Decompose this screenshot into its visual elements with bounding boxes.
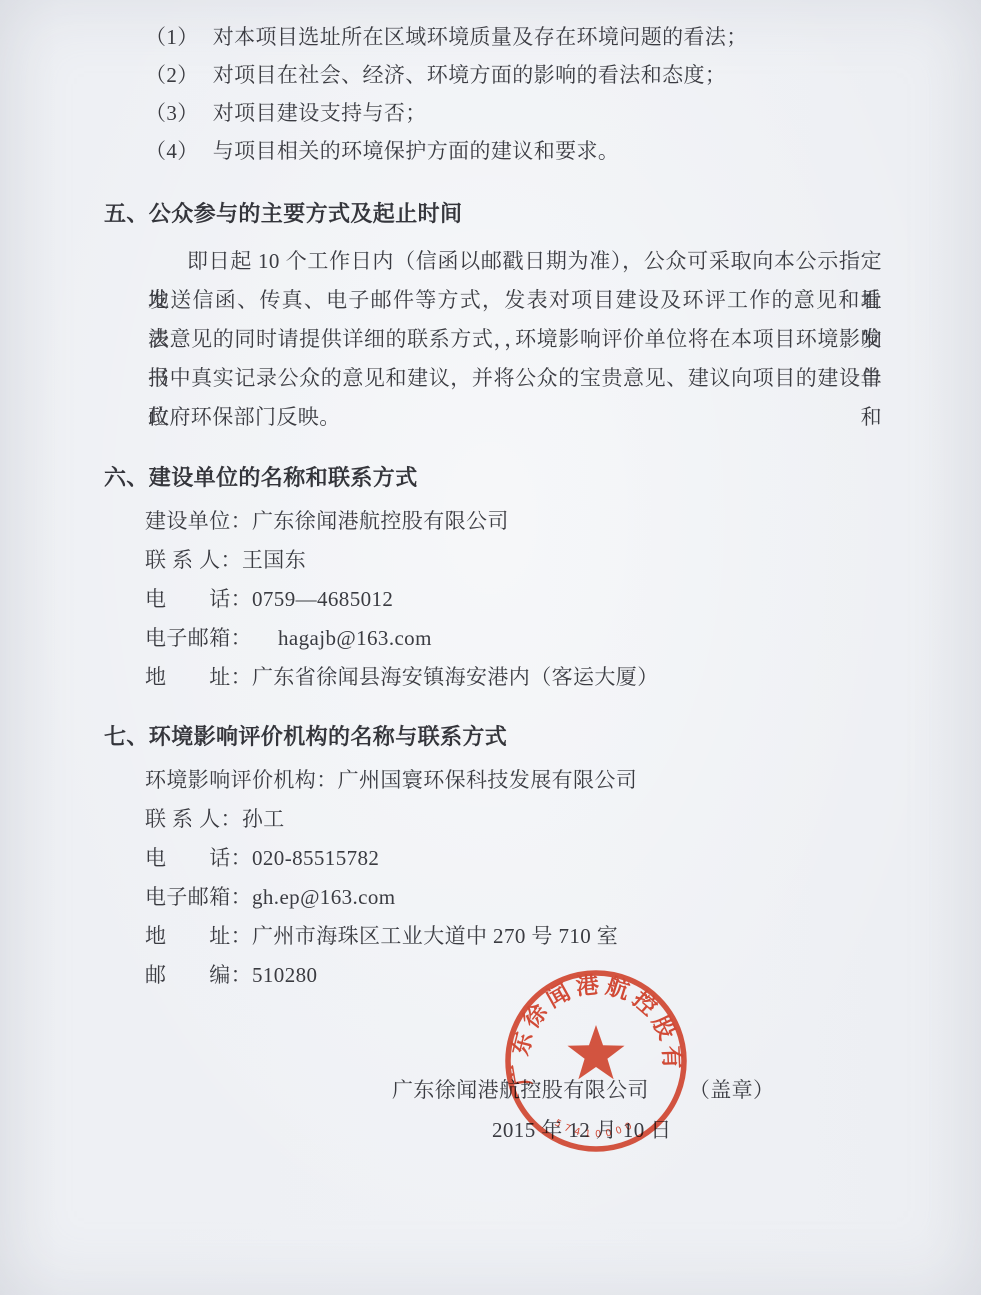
row-label: 环境影响评价机构： [145, 768, 338, 792]
row-label: 联 系 人： [145, 807, 242, 831]
list-item-text: 对本项目选址所在区域环境质量及存在环境问题的看法； [213, 25, 748, 49]
list-item-text: 与项目相关的环境保护方面的建议和要求。 [213, 139, 620, 163]
section-five-paragraph: 即日起 10 个工作日内（信函以邮戳日期为准），公众可采取向本公示指定地址 发送… [148, 242, 882, 437]
document-content: （1）对本项目选址所在区域环境质量及存在环境问题的看法； （2）对项目在社会、经… [0, 0, 981, 1145]
section-seven-heading: 七、环境影响评价机构的名称与联系方式 [104, 722, 981, 752]
list-item-number: （4） [145, 139, 199, 163]
contact-row: 联 系 人：王国东 [145, 541, 981, 580]
paragraph-line: 书中真实记录公众的意见和建议，并将公众的宝贵意见、建议向项目的建设单位和 [148, 359, 882, 398]
row-value: 510280 [252, 963, 317, 987]
paragraph-line: 即日起 10 个工作日内（信函以邮戳日期为准），公众可采取向本公示指定地址 [148, 242, 882, 281]
list-item-number: （3） [145, 101, 199, 125]
row-label: 建设单位： [145, 509, 252, 533]
list-item-number: （2） [145, 63, 199, 87]
contact-row: 联 系 人：孙工 [145, 800, 981, 839]
row-label: 联 系 人： [145, 548, 242, 572]
row-value: 0759—4685012 [252, 587, 393, 611]
row-value: 广东徐闻港航控股有限公司 [252, 509, 509, 533]
list-item-text: 对项目在社会、经济、环境方面的影响的看法和态度； [213, 63, 727, 87]
contact-row: 邮 编：510280 [145, 956, 981, 995]
footer-company-line: 广东徐闻港航控股有限公司（盖章） [392, 1075, 981, 1105]
row-value: 王国东 [242, 548, 306, 572]
paragraph-line: 表意见的同时请提供详细的联系方式，环境影响评价单位将在本项目环境影响报告 [148, 320, 882, 359]
row-label: 电 话： [145, 587, 252, 611]
contact-row: 地 址：广东省徐闻县海安镇海安港内（客运大厦） [145, 658, 981, 697]
list-item: （4）与项目相关的环境保护方面的建议和要求。 [145, 132, 981, 170]
row-label: 地 址： [145, 924, 252, 948]
list-item: （3）对项目建设支持与否； [145, 94, 981, 132]
list-item-number: （1） [145, 25, 199, 49]
row-value: 孙工 [242, 807, 285, 831]
row-label: 电子邮箱： [145, 626, 252, 650]
footer-date-line: 2015 年 12 月 10 日 [492, 1115, 981, 1145]
paragraph-line: 发送信函、传真、电子邮件等方式，发表对项目建设及环评工作的意见和看法，发 [148, 281, 882, 320]
section-seven-contact-rows: 环境影响评价机构：广州国寰环保科技发展有限公司 联 系 人：孙工 电 话：020… [145, 761, 981, 995]
row-value: hagajb@163.com [252, 626, 432, 650]
row-value: 广东省徐闻县海安镇海安港内（客运大厦） [252, 665, 659, 689]
footer-company-name: 广东徐闻港航控股有限公司 [392, 1078, 649, 1102]
section-six-contact-rows: 建设单位：广东徐闻港航控股有限公司 联 系 人：王国东 电 话：0759—468… [145, 502, 981, 697]
row-label: 电 话： [145, 846, 252, 870]
seal-note: （盖章） [689, 1078, 775, 1102]
contact-row: 环境影响评价机构：广州国寰环保科技发展有限公司 [145, 761, 981, 800]
section-six-heading: 六、建设单位的名称和联系方式 [104, 463, 981, 493]
contact-row: 电子邮箱：gh.ep@163.com [145, 878, 981, 917]
section-five-heading: 五、公众参与的主要方式及起止时间 [104, 199, 981, 229]
row-label: 电子邮箱： [145, 885, 252, 909]
contact-row: 电子邮箱：hagajb@163.com [145, 619, 981, 658]
list-item: （1）对本项目选址所在区域环境质量及存在环境问题的看法； [145, 18, 981, 56]
row-value: gh.ep@163.com [252, 885, 396, 909]
list-item-text: 对项目建设支持与否； [213, 101, 427, 125]
row-value: 广州国寰环保科技发展有限公司 [338, 768, 638, 792]
row-value: 广州市海珠区工业大道中 270 号 710 室 [252, 924, 618, 948]
row-label: 邮 编： [145, 963, 252, 987]
contact-row: 地 址：广州市海珠区工业大道中 270 号 710 室 [145, 917, 981, 956]
list-item: （2）对项目在社会、经济、环境方面的影响的看法和态度； [145, 56, 981, 94]
contact-row: 电 话：020-85515782 [145, 839, 981, 878]
row-value: 020-85515782 [252, 846, 379, 870]
contact-row: 建设单位：广东徐闻港航控股有限公司 [145, 502, 981, 541]
scanned-document-page: （1）对本项目选址所在区域环境质量及存在环境问题的看法； （2）对项目在社会、经… [0, 0, 981, 1295]
numbered-list: （1）对本项目选址所在区域环境质量及存在环境问题的看法； （2）对项目在社会、经… [145, 18, 981, 170]
contact-row: 电 话：0759—4685012 [145, 580, 981, 619]
row-label: 地 址： [145, 665, 252, 689]
